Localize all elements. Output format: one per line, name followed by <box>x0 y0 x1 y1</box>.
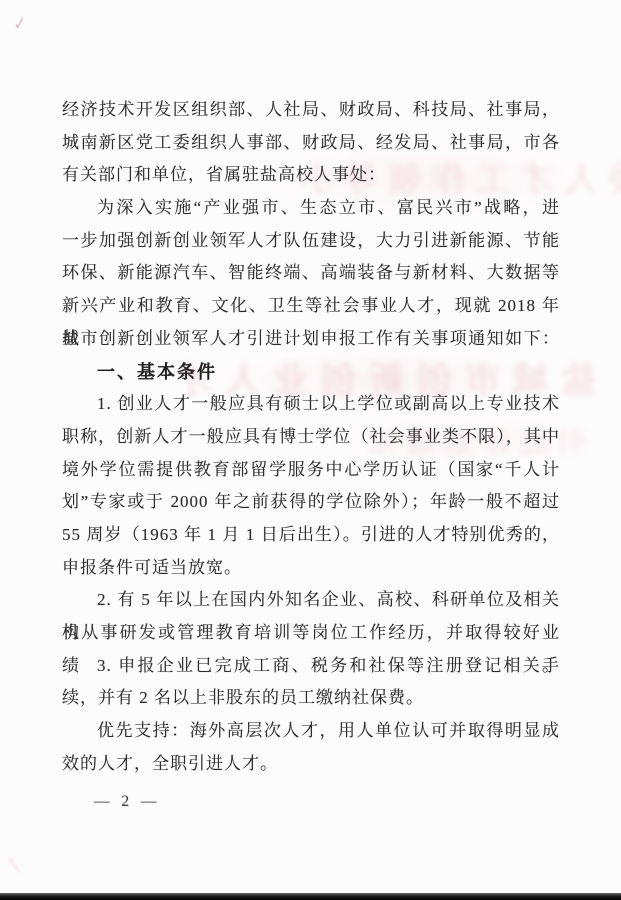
text-line: 划”专家或于 2000 年之前获得的学位除外）；年龄一般不超过 <box>62 486 560 519</box>
text-line: 2. 有 5 年以上在国内外知名企业、高校、科研单位及相关机 <box>62 584 560 617</box>
text-line: 构从事研发或管理教育培训等岗位工作经历，并取得较好业绩。 <box>62 617 560 650</box>
corner-ink-smudge: ✓ <box>0 851 30 880</box>
text-line: 经济技术开发区组织部、人社局、财政局、科技局、社事局， <box>62 94 560 127</box>
text-line: 新兴产业和教育、文化、卫生等社会事业人才，现就 2018 年盐 <box>62 290 560 323</box>
text-line: 有关部门和单位，省属驻盐高校人事处： <box>62 159 560 192</box>
text-line: 效的人才，全职引进人才。 <box>62 748 560 781</box>
text-line: 职称，创新人才一般应具有博士学位（社会事业类不限），其中 <box>62 421 560 454</box>
text-line: 为深入实施“产业强市、生态立市、富民兴市”战略，进 <box>62 192 560 225</box>
text-line: 55 周岁（1963 年 1 月 1 日后出生）。引进的人才特别优秀的， <box>62 519 560 552</box>
scanned-document-page: 市委人才工作领导小 盐城市创新创业人才 引进计划通知 ✓ ✓ 经济技术开发区组织… <box>0 0 621 900</box>
text-line: 城南新区党工委组织人事部、财政局、经发局、社事局，市各 <box>62 127 560 160</box>
text-line: 境外学位需提供教育部留学服务中心学历认证（国家“千人计 <box>62 454 560 487</box>
pen-check-mark: ✓ <box>11 13 29 35</box>
text-line: 1. 创业人才一般应具有硕士以上学位或副高以上专业技术 <box>62 388 560 421</box>
scanner-edge-band <box>0 893 621 900</box>
text-line: 环保、新能源汽车、智能终端、高端装备与新材料、大数据等 <box>62 257 560 290</box>
text-line: 优先支持：海外高层次人才，用人单位认可并取得明显成 <box>62 715 560 748</box>
text-line: 续，并有 2 名以上非股东的员工缴纳社保费。 <box>62 682 560 715</box>
text-line: 城市创新创业领军人才引进计划申报工作有关事项通知如下： <box>62 323 560 356</box>
text-line: 3. 申报企业已完成工商、税务和社保等注册登记相关手 <box>62 650 560 683</box>
page-number: — 2 — <box>94 793 161 811</box>
text-line: 申报条件可适当放宽。 <box>62 552 560 585</box>
section-heading: 一、基本条件 <box>62 356 560 389</box>
document-text-body: 经济技术开发区组织部、人社局、财政局、科技局、社事局， 城南新区党工委组织人事部… <box>62 94 560 780</box>
text-line: 一步加强创新创业领军人才队伍建设，大力引进新能源、节能 <box>62 225 560 258</box>
